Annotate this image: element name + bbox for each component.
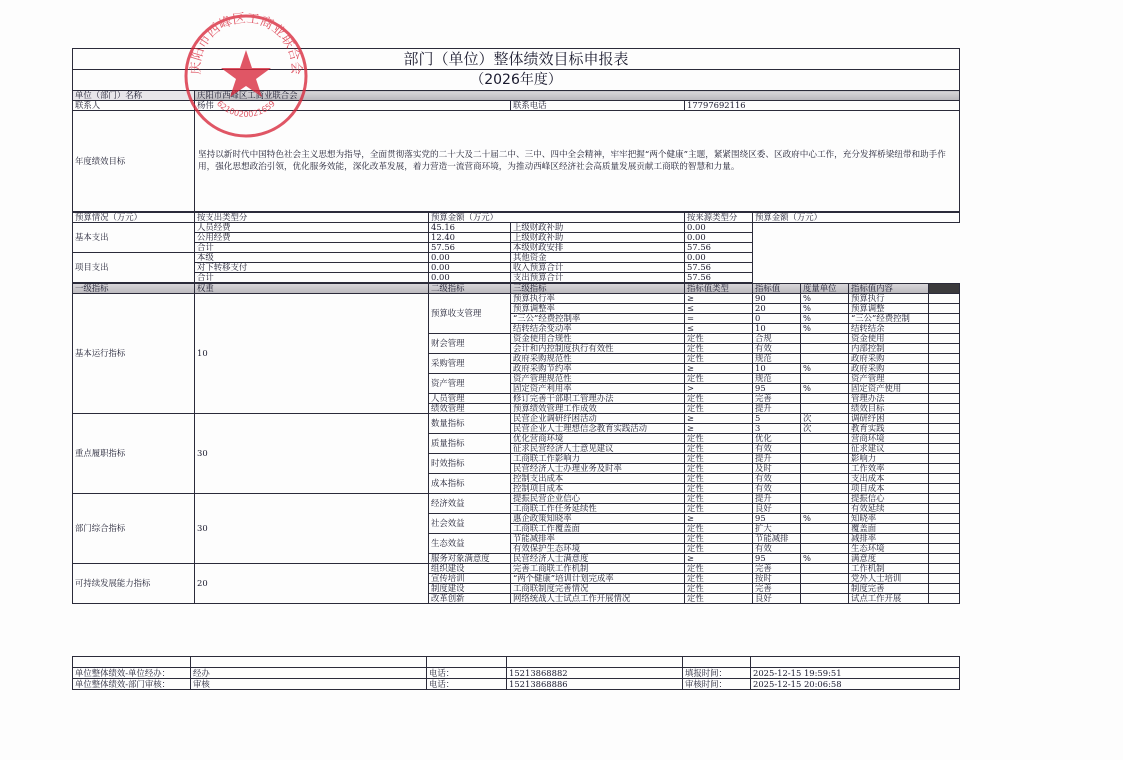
value-content: 知晓率 — [849, 514, 929, 524]
level3-indicator: 预算执行率 — [511, 294, 685, 304]
target-value: 良好 — [753, 594, 801, 604]
expense-item: 对下转移支付 — [195, 263, 429, 273]
indicator-row: 可持续发展能力指标20组织建设完善工商联工作机制定性完善工作机制 — [73, 564, 960, 574]
level2-indicator: 经济效益 — [429, 494, 511, 514]
target-value: 5 — [753, 414, 801, 424]
value-content: 营商环境 — [849, 434, 929, 444]
expense-item: 合计 — [195, 243, 429, 253]
unit — [801, 534, 849, 544]
level3-indicator: 控制支出成本 — [511, 474, 685, 484]
target-value: 按时 — [753, 574, 801, 584]
signoff-time: 2025-12-15 19:59:51 — [751, 668, 960, 679]
value-type: 定性 — [685, 354, 753, 364]
level3-indicator: 民营经济人士满意度 — [511, 554, 685, 564]
unit — [801, 404, 849, 414]
value-type: 定性 — [685, 594, 753, 604]
value-content: 满意度 — [849, 554, 929, 564]
contact-phone: 17797692116 — [685, 101, 960, 111]
indicator-header: 三级指标 — [511, 284, 685, 294]
level3-indicator: 会计和内控制度执行有效性 — [511, 344, 685, 354]
header-marker — [929, 284, 960, 294]
level2-indicator: 数量指标 — [429, 414, 511, 434]
level3-indicator: 固定资产利用率 — [511, 384, 685, 394]
target-value: 有效 — [753, 444, 801, 454]
unit-name: 庆阳市西峰区工商业联合会 — [195, 91, 960, 101]
value-type: 定性 — [685, 444, 753, 454]
expense-group: 项目支出 — [73, 253, 195, 283]
target-value: 20 — [753, 304, 801, 314]
unit — [801, 544, 849, 554]
level2-indicator: 组织建设 — [429, 564, 511, 574]
unit — [801, 354, 849, 364]
value-type: 定性 — [685, 544, 753, 554]
value-content: 预算调整 — [849, 304, 929, 314]
unit: 次 — [801, 414, 849, 424]
target-value: 节能减排 — [753, 534, 801, 544]
value-type: 定性 — [685, 534, 753, 544]
target-value: 3 — [753, 424, 801, 434]
unit — [801, 594, 849, 604]
unit: 次 — [801, 424, 849, 434]
unit — [801, 504, 849, 514]
target-value: 95 — [753, 514, 801, 524]
value-content: 资金使用 — [849, 334, 929, 344]
expense-item: 本级 — [195, 253, 429, 263]
value-content: 提振信心 — [849, 494, 929, 504]
goal-text: 坚持以新时代中国特色社会主义思想为指导，全面贯彻落实党的二十大及二十届二中、三中… — [195, 111, 960, 212]
value-content: 项目成本 — [849, 484, 929, 494]
source-amount: 57.56 — [685, 273, 753, 283]
indicator-weight: 10 — [195, 294, 429, 414]
signoff-time-label: 审核时间： — [683, 679, 751, 690]
level3-indicator: 网络统战人士试点工作开展情况 — [511, 594, 685, 604]
target-value: 有效 — [753, 544, 801, 554]
expense-amount: 0.00 — [429, 253, 511, 263]
value-content: 试点工作开展 — [849, 594, 929, 604]
source-amount: 57.56 — [685, 243, 753, 253]
level3-indicator: 政府采购规范性 — [511, 354, 685, 364]
indicator-weight: 30 — [195, 414, 429, 494]
value-type: 定性 — [685, 434, 753, 444]
form-header-table: 部门（单位）整体绩效目标申报表 （2026年度） 单位（部门）名称 庆阳市西峰区… — [72, 48, 960, 212]
target-value: 95 — [753, 554, 801, 564]
level2-indicator: 绩效管理 — [429, 404, 511, 414]
level3-indicator: 完善工商联工作机制 — [511, 564, 685, 574]
value-type: 定性 — [685, 584, 753, 594]
unit — [801, 524, 849, 534]
indicator-header: 权重 — [195, 284, 429, 294]
value-type: 定性 — [685, 524, 753, 534]
value-type: 定性 — [685, 494, 753, 504]
unit-label: 单位（部门）名称 — [73, 91, 195, 101]
value-content: 绩效目标 — [849, 404, 929, 414]
value-type: = — [685, 314, 753, 324]
unit: % — [801, 294, 849, 304]
value-type: 定性 — [685, 484, 753, 494]
target-value: 0 — [753, 314, 801, 324]
value-content: 支出成本 — [849, 474, 929, 484]
unit — [801, 464, 849, 474]
value-type: ≤ — [685, 324, 753, 334]
level2-indicator: 资产管理 — [429, 374, 511, 394]
indicator-header: 指标值类型 — [685, 284, 753, 294]
value-type: 定性 — [685, 404, 753, 414]
value-type: ≥ — [685, 294, 753, 304]
unit — [801, 454, 849, 464]
source-amount: 0.00 — [685, 223, 753, 233]
goal-label: 年度绩效目标 — [73, 111, 195, 212]
level3-indicator: 工商联工作覆盖面 — [511, 524, 685, 534]
value-content: 内部控制 — [849, 344, 929, 354]
value-content: 覆盖面 — [849, 524, 929, 534]
target-value: 提升 — [753, 404, 801, 414]
level3-indicator: 征求民营经济人士意见建议 — [511, 444, 685, 454]
unit — [801, 474, 849, 484]
unit — [801, 584, 849, 594]
expense-item: 合计 — [195, 273, 429, 283]
level2-indicator: 制度建设 — [429, 584, 511, 594]
level1-indicator: 重点履职指标 — [73, 414, 195, 494]
value-content: “三公”经费控制 — [849, 314, 929, 324]
level3-indicator: 资产管理规范性 — [511, 374, 685, 384]
value-content: 资产管理 — [849, 374, 929, 384]
source-item: 收入预算合计 — [511, 263, 685, 273]
form-title: 部门（单位）整体绩效目标申报表 — [73, 49, 960, 70]
value-content: 教育实践 — [849, 424, 929, 434]
value-content: 生态环境 — [849, 544, 929, 554]
signoff-table: 单位整体绩效-单位经办：经办电话：15213868882填报时间：2025-12… — [72, 656, 960, 690]
indicator-weight: 30 — [195, 494, 429, 564]
unit — [801, 334, 849, 344]
signoff-time: 2025-12-15 20:06:58 — [751, 679, 960, 690]
unit: % — [801, 324, 849, 334]
value-type: 定性 — [685, 374, 753, 384]
indicator-header: 度量单位 — [801, 284, 849, 294]
value-type: 定性 — [685, 464, 753, 474]
unit — [801, 434, 849, 444]
value-type: > — [685, 384, 753, 394]
unit — [801, 374, 849, 384]
signoff-phone: 15213868882 — [507, 668, 683, 679]
target-value: 良好 — [753, 504, 801, 514]
source-item: 上级财政补助 — [511, 223, 685, 233]
indicator-row: 基本运行指标10预算收支管理预算执行率≥90%预算执行 — [73, 294, 960, 304]
unit — [801, 564, 849, 574]
indicator-row: 重点履职指标30数量指标民营企业调研纾困活动≥5次调研纾困 — [73, 414, 960, 424]
level3-indicator: 有效保护生态环境 — [511, 544, 685, 554]
source-amount: 0.00 — [685, 253, 753, 263]
budget-label: 预算情况（万元） — [73, 213, 195, 223]
level2-indicator: 预算收支管理 — [429, 294, 511, 334]
signoff-phone: 15213868886 — [507, 679, 683, 690]
value-content: 影响力 — [849, 454, 929, 464]
expense-item: 人员经费 — [195, 223, 429, 233]
indicator-weight: 20 — [195, 564, 429, 604]
indicator-row: 部门综合指标30经济效益提振民营企业信心定性提升提振信心 — [73, 494, 960, 504]
value-content: 有效延续 — [849, 504, 929, 514]
unit: % — [801, 384, 849, 394]
expense-amount: 0.00 — [429, 263, 511, 273]
signoff-role: 经办 — [191, 668, 427, 679]
level2-indicator: 改革创新 — [429, 594, 511, 604]
value-content: 结转结余 — [849, 324, 929, 334]
expense-item: 公用经费 — [195, 233, 429, 243]
level3-indicator: 提振民营企业信心 — [511, 494, 685, 504]
signoff-role: 审核 — [191, 679, 427, 690]
unit: % — [801, 304, 849, 314]
target-value: 扩大 — [753, 524, 801, 534]
level2-indicator: 质量指标 — [429, 434, 511, 454]
value-type: ≥ — [685, 514, 753, 524]
level2-indicator: 生态效益 — [429, 534, 511, 554]
expense-amount: 45.16 — [429, 223, 511, 233]
value-type: ≥ — [685, 414, 753, 424]
unit — [801, 484, 849, 494]
level3-indicator: “三公”经费控制率 — [511, 314, 685, 324]
target-value: 规范 — [753, 354, 801, 364]
level2-indicator: 时效指标 — [429, 454, 511, 474]
target-value: 及时 — [753, 464, 801, 474]
target-value: 90 — [753, 294, 801, 304]
target-value: 10 — [753, 324, 801, 334]
expense-amount: 0.00 — [429, 273, 511, 283]
value-content: 管理办法 — [849, 394, 929, 404]
target-value: 完善 — [753, 394, 801, 404]
unit — [801, 444, 849, 454]
form-year: （2026年度） — [73, 70, 960, 91]
value-type: 定性 — [685, 394, 753, 404]
target-value: 提升 — [753, 494, 801, 504]
level3-indicator: 民营经济人士办理业务及时率 — [511, 464, 685, 474]
contact-label: 联系人 — [73, 101, 195, 111]
signoff-phone-label: 电话： — [427, 679, 507, 690]
level3-indicator: 民营企业人士理想信念教育实践活动 — [511, 424, 685, 434]
indicator-header: 指标值 — [753, 284, 801, 294]
value-content: 固定资产使用 — [849, 384, 929, 394]
target-value: 完善 — [753, 564, 801, 574]
value-type: ≥ — [685, 364, 753, 374]
level3-indicator: 控制项目成本 — [511, 484, 685, 494]
level2-indicator: 宣传培训 — [429, 574, 511, 584]
value-type: ≥ — [685, 554, 753, 564]
unit: % — [801, 364, 849, 374]
level3-indicator: 节能减排率 — [511, 534, 685, 544]
unit — [801, 574, 849, 584]
level2-indicator: 服务对象满意度 — [429, 554, 511, 564]
target-value: 95 — [753, 384, 801, 394]
target-value: 优化 — [753, 434, 801, 444]
phone-label: 联系电话 — [511, 101, 685, 111]
value-content: 工作效率 — [849, 464, 929, 474]
level3-indicator: 预算调整率 — [511, 304, 685, 314]
value-type: 定性 — [685, 474, 753, 484]
target-value: 合规 — [753, 334, 801, 344]
target-value: 10 — [753, 364, 801, 374]
unit: % — [801, 514, 849, 524]
indicator-header: 一级指标 — [73, 284, 195, 294]
performance-form: 部门（单位）整体绩效目标申报表 （2026年度） 单位（部门）名称 庆阳市西峰区… — [72, 48, 959, 604]
source-item: 本级财政安排 — [511, 243, 685, 253]
unit: % — [801, 314, 849, 324]
amount-header: 预算金额（万元） — [429, 213, 685, 223]
value-content: 党外人士培训 — [849, 574, 929, 584]
value-content: 政府采购 — [849, 364, 929, 374]
target-value: 完善 — [753, 584, 801, 594]
indicator-header: 指标值内容 — [849, 284, 929, 294]
level1-indicator: 部门综合指标 — [73, 494, 195, 564]
level2-indicator: 社会效益 — [429, 514, 511, 534]
level2-indicator: 成本指标 — [429, 474, 511, 494]
value-type: 定性 — [685, 504, 753, 514]
level1-indicator: 基本运行指标 — [73, 294, 195, 414]
level3-indicator: 工商联制度完善情况 — [511, 584, 685, 594]
level3-indicator: 预算绩效管理工作成效 — [511, 404, 685, 414]
expense-type-header: 按支出类型分 — [195, 213, 429, 223]
value-content: 调研纾困 — [849, 414, 929, 424]
level3-indicator: “两个健康”培训计划完成率 — [511, 574, 685, 584]
unit: % — [801, 554, 849, 564]
value-type: 定性 — [685, 344, 753, 354]
level3-indicator: 结转结余变动率 — [511, 324, 685, 334]
level3-indicator: 资金使用合规性 — [511, 334, 685, 344]
target-value: 有效 — [753, 344, 801, 354]
signoff-label: 单位整体绩效-单位经办： — [73, 668, 191, 679]
value-content: 工作机制 — [849, 564, 929, 574]
value-type: 定性 — [685, 564, 753, 574]
unit — [801, 494, 849, 504]
value-content: 制度完善 — [849, 584, 929, 594]
source-item: 其他资金 — [511, 253, 685, 263]
level3-indicator: 惠企政策知晓率 — [511, 514, 685, 524]
value-content: 政府采购 — [849, 354, 929, 364]
signoff-time-label: 填报时间： — [683, 668, 751, 679]
expense-amount: 57.56 — [429, 243, 511, 253]
unit — [801, 394, 849, 404]
level2-indicator: 财会管理 — [429, 334, 511, 354]
source-item: 支出预算合计 — [511, 273, 685, 283]
level3-indicator: 优化营商环境 — [511, 434, 685, 444]
source-amount: 57.56 — [685, 263, 753, 273]
level3-indicator: 工商联工作影响力 — [511, 454, 685, 464]
value-type: 定性 — [685, 334, 753, 344]
value-content: 减排率 — [849, 534, 929, 544]
signoff-phone-label: 电话： — [427, 668, 507, 679]
indicator-header: 二级指标 — [429, 284, 511, 294]
level3-indicator: 修订完善干部职工管理办法 — [511, 394, 685, 404]
target-value: 有效 — [753, 474, 801, 484]
contact-name: 杨伟 — [195, 101, 511, 111]
level3-indicator: 工商联工作任务延续性 — [511, 504, 685, 514]
source-amount-header: 预算金额（万元） — [753, 213, 960, 223]
target-value: 有效 — [753, 484, 801, 494]
level3-indicator: 民营企业调研纾困活动 — [511, 414, 685, 424]
level2-indicator: 采购管理 — [429, 354, 511, 374]
signoff-label: 单位整体绩效-部门审核： — [73, 679, 191, 690]
target-value: 提升 — [753, 454, 801, 464]
value-content: 预算执行 — [849, 294, 929, 304]
target-value: 规范 — [753, 374, 801, 384]
value-type: ≤ — [685, 304, 753, 314]
source-item: 上级财政补助 — [511, 233, 685, 243]
budget-table: 预算情况（万元） 按支出类型分 预算金额（万元） 按来源类型分 预算金额（万元）… — [72, 212, 960, 283]
value-type: 定性 — [685, 454, 753, 464]
unit — [801, 344, 849, 354]
expense-amount: 12.40 — [429, 233, 511, 243]
level3-indicator: 政府采购节约率 — [511, 364, 685, 374]
level2-indicator: 人员管理 — [429, 394, 511, 404]
source-type-header: 按来源类型分 — [685, 213, 753, 223]
expense-group: 基本支出 — [73, 223, 195, 253]
value-type: ≥ — [685, 424, 753, 434]
level1-indicator: 可持续发展能力指标 — [73, 564, 195, 604]
source-amount: 0.00 — [685, 233, 753, 243]
value-content: 征求建议 — [849, 444, 929, 454]
value-type: 定性 — [685, 574, 753, 584]
indicator-table: 一级指标权重二级指标三级指标指标值类型指标值度量单位指标值内容基本运行指标10预… — [72, 283, 960, 604]
